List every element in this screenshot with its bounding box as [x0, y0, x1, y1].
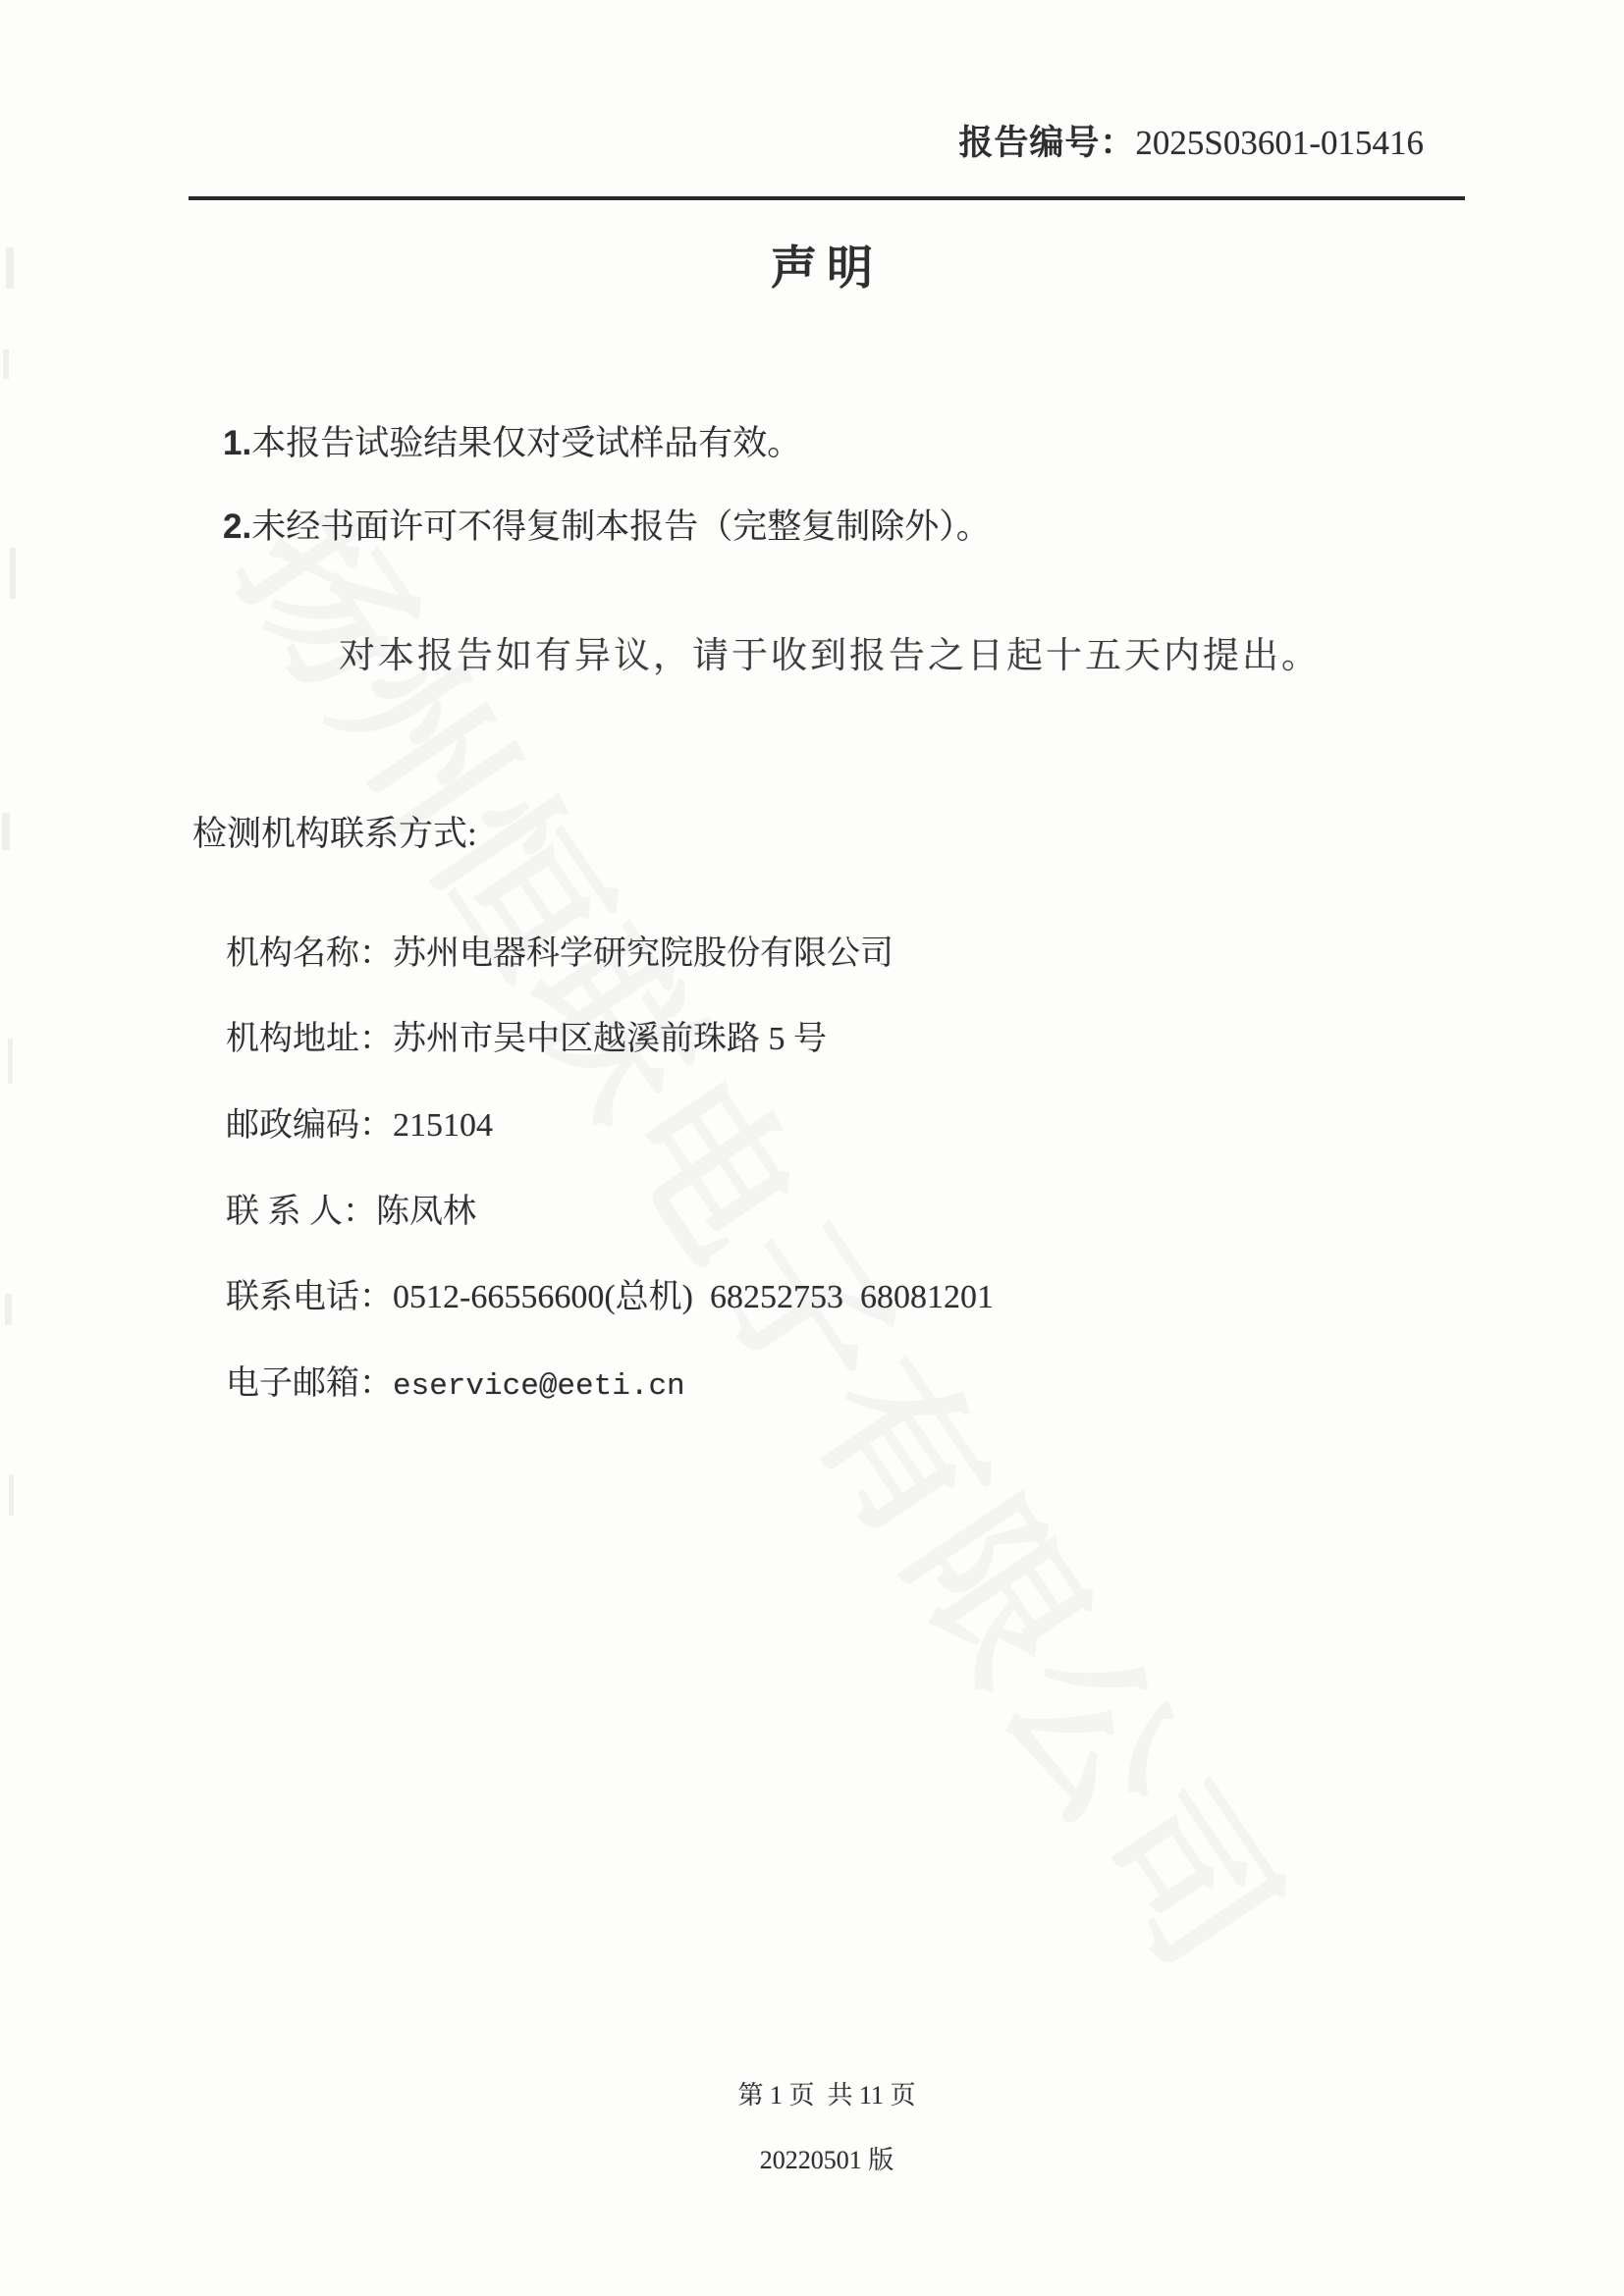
- statement-2: 2.未经书面许可不得复制本报告（完整复制除外）。: [189, 460, 991, 588]
- statement-2-number: 2.: [223, 507, 251, 546]
- contact-label: 电子邮箱：: [226, 1365, 393, 1402]
- contact-label: 联 系 人：: [226, 1194, 376, 1230]
- scanned-report-page: 扬州恒联电子有限公司 报告编号：2025S03601-015416 声明 1.本…: [0, 0, 1624, 2296]
- scan-artifact: [3, 349, 9, 379]
- contact-value: 苏州市吴中区越溪前珠路 5 号: [393, 1021, 827, 1057]
- scan-artifact: [6, 247, 14, 289]
- page-indicator: 第 1 页 共 11 页: [189, 2075, 1465, 2111]
- contact-label: 机构名称：: [226, 935, 393, 972]
- contact-heading: 检测机构联系方式:: [192, 807, 477, 856]
- report-number: 报告编号：2025S03601-015416: [958, 116, 1424, 165]
- scan-artifact: [2, 813, 10, 850]
- contact-value: 陈凤林: [376, 1194, 476, 1230]
- contact-value: 0512-66556600(总机) 68252753 68081201: [393, 1279, 994, 1315]
- statement-2-text: 未经书面许可不得复制本报告（完整复制除外）。: [251, 507, 991, 546]
- objection-note: 对本报告如有异议，请于收到报告之日起十五天内提出。: [339, 625, 1321, 678]
- contact-row-email: 电子邮箱：eservice@eeti.cn: [192, 1318, 685, 1441]
- statement-1-text: 本报告试验结果仅对受试样品有效。: [251, 424, 801, 462]
- contact-value: 215104: [393, 1107, 493, 1144]
- contact-value: eservice@eeti.cn: [393, 1369, 685, 1404]
- scan-artifact: [8, 1039, 13, 1084]
- report-number-value: 2025S03601-015416: [1135, 124, 1424, 162]
- statement-1-number: 1.: [223, 424, 251, 462]
- contact-label: 联系电话：: [226, 1279, 393, 1315]
- scan-artifact: [9, 1474, 14, 1516]
- header-rule: [189, 196, 1465, 200]
- contact-label: 机构地址：: [226, 1021, 393, 1057]
- scan-artifact: [10, 548, 16, 599]
- report-number-label: 报告编号：: [958, 124, 1135, 162]
- page-title: 声明: [189, 232, 1465, 297]
- contact-label: 邮政编码：: [226, 1107, 393, 1144]
- scan-artifact: [5, 1294, 12, 1325]
- version-indicator: 20220501 版: [189, 2140, 1465, 2176]
- contact-value: 苏州电器科学研究院股份有限公司: [393, 935, 893, 972]
